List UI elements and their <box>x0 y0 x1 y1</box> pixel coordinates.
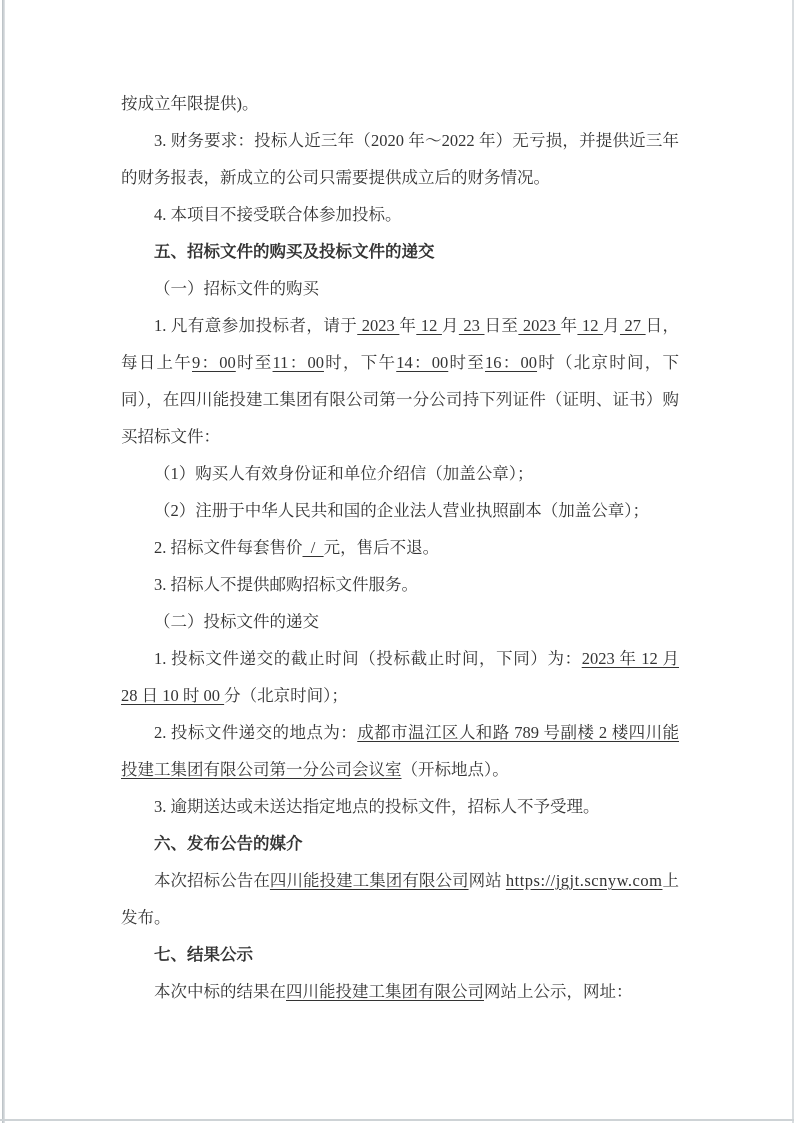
subsection-1-heading: （一）招标文件的购买 <box>121 270 679 307</box>
underlined-field-pm-end: 16：00 <box>485 353 537 372</box>
text-run: 2. 投标文件递交的地点为： <box>154 723 357 742</box>
text-run: 4. 本项目不接受联合体参加投标。 <box>154 205 402 224</box>
text-run: 网站 <box>469 871 506 890</box>
scan-edge-left <box>2 0 5 1123</box>
text-run: 2. 招标文件每套售价 <box>154 538 303 557</box>
text-run: （1）购买人有效身份证和单位介绍信（加盖公章）； <box>154 464 534 483</box>
clause-purchase-license: （2）注册于中华人民共和国的企业法人营业执照副本（加盖公章）； <box>121 492 679 529</box>
text-run: 时，下午 <box>324 353 396 372</box>
text-run: 本次中标的结果在 <box>154 982 286 1001</box>
heading-text: 五、招标文件的购买及投标文件的递交 <box>154 242 435 261</box>
heading-text: （一）招标文件的购买 <box>154 279 319 298</box>
clause-no-mail-order: 3. 招标人不提供邮购招标文件服务。 <box>121 566 679 603</box>
section-7-heading: 七、结果公示 <box>121 936 679 973</box>
scan-edge-bottom <box>0 1119 794 1121</box>
text-run: 月 <box>603 316 620 335</box>
text-run: 3. 招标人不提供邮购招标文件服务。 <box>154 575 418 594</box>
text-run: 年 <box>399 316 416 335</box>
text-run: 1. 凡有意参加投标者，请于 <box>154 316 357 335</box>
text-run: 月 <box>442 316 459 335</box>
clause-announcement-media: 本次招标公告在四川能投建工集团有限公司网站 https://jgjt.scnyw… <box>121 862 679 936</box>
underlined-field-start-year: 2023 <box>357 316 399 335</box>
underlined-company-name: 四川能投建工集团有限公司 <box>286 982 484 1001</box>
text-run: 时至 <box>236 353 273 372</box>
clause-no-consortium: 4. 本项目不接受联合体参加投标。 <box>121 196 679 233</box>
text-run: 年 <box>560 316 577 335</box>
text-run: （2）注册于中华人民共和国的企业法人营业执照副本（加盖公章）； <box>154 501 649 520</box>
underlined-field-am-start: 9：00 <box>192 353 236 372</box>
clause-purchase-time: 1. 凡有意参加投标者，请于 2023 年 12 月 23 日至 2023 年 … <box>121 307 679 455</box>
continuation-line: 按成立年限提供)。 <box>121 85 679 122</box>
text-run: （开标地点）。 <box>402 760 509 779</box>
website-url: https://jgjt.scnyw.com <box>506 871 663 890</box>
heading-text: 六、发布公告的媒介 <box>154 834 303 853</box>
underlined-field-pm-start: 14：00 <box>396 353 448 372</box>
section-5-heading: 五、招标文件的购买及投标文件的递交 <box>121 233 679 270</box>
underlined-field-am-end: 11：00 <box>273 353 324 372</box>
text-run: 按成立年限提供)。 <box>121 94 259 113</box>
clause-document-price: 2. 招标文件每套售价 / 元，售后不退。 <box>121 529 679 566</box>
document-page: 按成立年限提供)。 3. 财务要求：投标人近三年（2020 年～2022 年）无… <box>0 0 794 1123</box>
text-run: 日至 <box>484 316 518 335</box>
clause-submission-address: 2. 投标文件递交的地点为：成都市温江区人和路 789 号副楼 2 楼四川能投建… <box>121 714 679 788</box>
clause-late-delivery: 3. 逾期送达或未送达指定地点的投标文件，招标人不予受理。 <box>121 788 679 825</box>
document-body: 按成立年限提供)。 3. 财务要求：投标人近三年（2020 年～2022 年）无… <box>121 85 679 1010</box>
text-run: 网站上公示，网址： <box>484 982 633 1001</box>
clause-purchase-id: （1）购买人有效身份证和单位介绍信（加盖公章）； <box>121 455 679 492</box>
underlined-field-end-day: 27 <box>620 316 646 335</box>
underlined-field-end-month: 12 <box>577 316 603 335</box>
clause-result-publicity: 本次中标的结果在四川能投建工集团有限公司网站上公示，网址： <box>121 973 679 1010</box>
underlined-field-start-month: 12 <box>416 316 442 335</box>
heading-text: 七、结果公示 <box>154 945 253 964</box>
clause-financial-requirement: 3. 财务要求：投标人近三年（2020 年～2022 年）无亏损，并提供近三年的… <box>121 122 679 196</box>
text-run: 元，售后不退。 <box>324 538 440 557</box>
underlined-field-start-day: 23 <box>459 316 485 335</box>
text-run: 3. 逾期送达或未送达指定地点的投标文件，招标人不予受理。 <box>154 797 600 816</box>
section-6-heading: 六、发布公告的媒介 <box>121 825 679 862</box>
text-run: 分（北京时间）； <box>224 686 348 705</box>
text-run: 本次招标公告在 <box>154 871 270 890</box>
subsection-2-heading: （二）投标文件的递交 <box>121 603 679 640</box>
underlined-field-price: / <box>303 538 324 557</box>
clause-deadline: 1. 投标文件递交的截止时间（投标截止时间，下同）为：2023 年 12 月 2… <box>121 640 679 714</box>
heading-text: （二）投标文件的递交 <box>154 612 319 631</box>
text-run: 3. 财务要求：投标人近三年（2020 年～2022 年）无亏损，并提供近三年的… <box>121 131 679 187</box>
text-run: 时至 <box>448 353 485 372</box>
text-run: 1. 投标文件递交的截止时间（投标截止时间，下同）为： <box>154 649 582 668</box>
underlined-field-end-year: 2023 <box>518 316 560 335</box>
underlined-company-name: 四川能投建工集团有限公司 <box>270 871 469 890</box>
